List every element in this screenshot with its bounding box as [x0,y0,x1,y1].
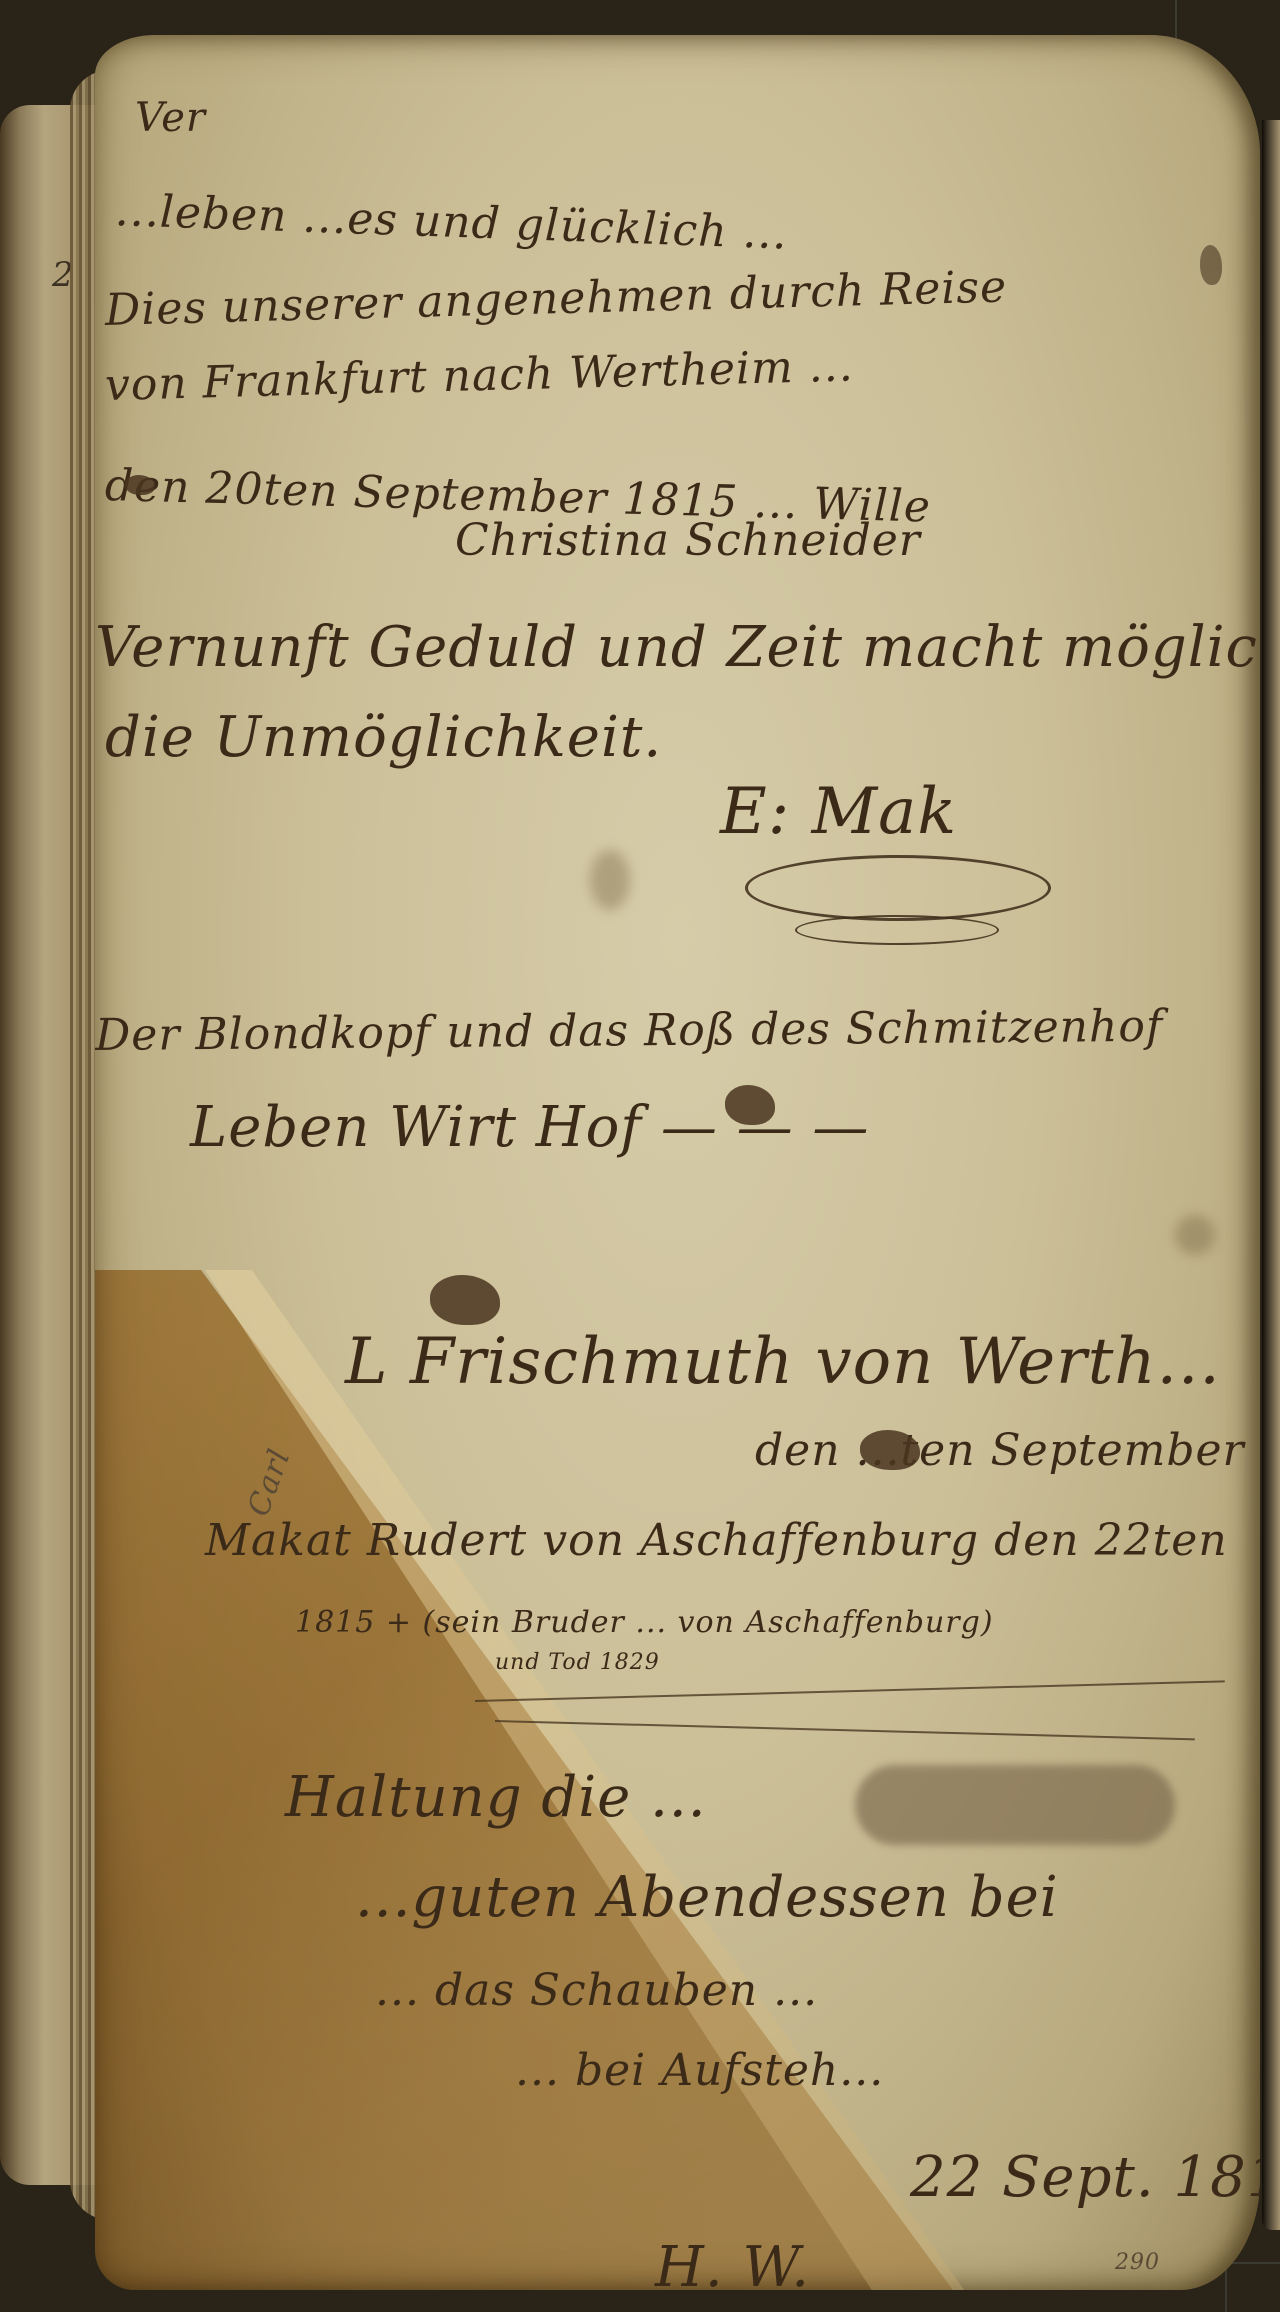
signature-flourish [745,855,1051,921]
stain [590,850,630,910]
entry-1-line: Ver [135,95,206,141]
entry-6-line: ... bei Aufsteh... [515,2045,884,2096]
entry-4-line: den ...ten September 181.. [755,1425,1260,1476]
entry-1-signature: Christina Schneider [455,515,921,566]
divider-rule [495,1720,1195,1740]
ink-smudge [855,1765,1175,1845]
entry-1-line: Dies unserer angenehmen durch Reise [104,261,1007,336]
page-corner-number: 290 [1115,2250,1160,2275]
entry-5-line: Makat Rudert von Aschaffenburg den 22ten [205,1515,1228,1566]
signature-flourish [795,915,999,945]
next-page-edge [1262,120,1280,2230]
divider-rule [475,1680,1225,1702]
entry-3-line: Der Blondkopf und das Roß des Schmitzenh… [95,1001,1163,1061]
stain [1175,1215,1215,1255]
album-page: Ver ...leben ...es und glücklich ... Die… [95,35,1260,2290]
entry-5-line: 1815 + (sein Bruder ... von Aschaffenbur… [295,1605,994,1640]
entry-5-line: und Tod 1829 [495,1650,660,1675]
entry-1-line: von Frankfurt nach Wertheim ... [104,340,854,411]
entry-2-line: Vernunft Geduld und Zeit macht möglich [95,615,1260,680]
ink-blot [1200,245,1222,285]
entry-6-line: Haltung die ... [285,1765,707,1830]
entry-2-signature: E: Mak [720,775,957,849]
entry-2-line: die Unmöglichkeit. [105,705,662,770]
entry-6-initials: H. W. [655,2235,810,2290]
ink-blot [125,475,155,495]
ink-blot [430,1275,500,1325]
ink-blot [860,1430,920,1470]
entry-6-line: ...guten Abendessen bei [355,1865,1059,1930]
entry-6-line: ... das Schauben ... [375,1965,818,2016]
entry-1-line: ...leben ...es und glücklich ... [114,185,788,259]
entry-4-line: L Frischmuth von Werth... [345,1325,1221,1399]
ink-blot [725,1085,775,1125]
entry-6-date: 22 Sept. 1815 [910,2145,1260,2210]
